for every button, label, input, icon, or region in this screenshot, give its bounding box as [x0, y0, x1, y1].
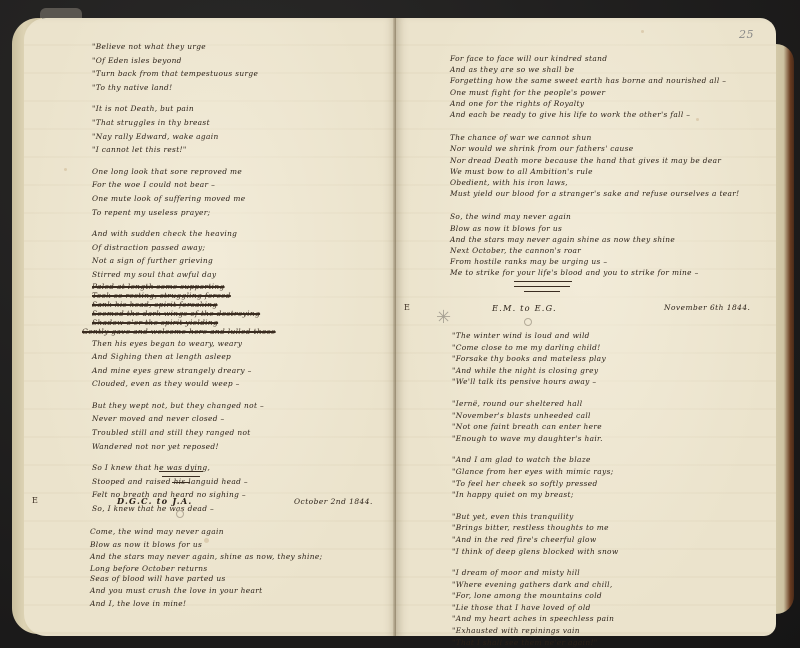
- right-page: 25 For face to face will our kindred sta…: [396, 18, 776, 636]
- verse-line: Blow as now it blows for us: [90, 539, 322, 552]
- margin-mark: E: [404, 303, 410, 312]
- page-number: 25: [739, 28, 754, 41]
- verse-line: One must fight for the people's power: [450, 87, 739, 98]
- verse-line: We must bow to all Ambition's rule: [450, 166, 739, 177]
- right-stanzas: For face to face will our kindred stand …: [450, 53, 739, 279]
- section-divider: [514, 286, 570, 287]
- verse-line: "To feel her cheek so softly pressed: [452, 478, 619, 490]
- verse-line: Must yield our blood for a stranger's sa…: [450, 188, 739, 199]
- verse-line: And I, the love in mine!: [90, 598, 322, 611]
- verse-line: Long before October returns: [90, 564, 322, 573]
- verse-line: "Enough to wave my daughter's hair.: [452, 433, 619, 445]
- verse-line: Seas of blood will have parted us: [90, 573, 322, 586]
- verse-line: The chance of war we cannot shun: [450, 132, 739, 143]
- margin-mark: E: [32, 496, 38, 505]
- verse-line: One mute look of suffering moved me: [92, 192, 276, 206]
- struck-verse-line: Seemed the dark wings of the destroying: [92, 309, 276, 318]
- bookmark-tab: [40, 8, 82, 18]
- verse-line: "And my heart aches in speechless pain: [452, 613, 619, 625]
- pencil-mark: [524, 318, 532, 326]
- verse-line: "And in the red fire's cheerful glow: [452, 534, 619, 546]
- poem-heading: E.M. to E.G.: [492, 303, 557, 313]
- verse-line: "Brings bitter, restless thoughts to me: [452, 522, 619, 534]
- verse-line: For face to face will our kindred stand: [450, 53, 739, 64]
- verse-line: Nor would we shrink from our fathers' ca…: [450, 143, 739, 154]
- verse-line: Forgetting how the same sweet earth has …: [450, 75, 739, 86]
- section-divider: [159, 471, 203, 472]
- left-page: "Believe not what they urge "Of Eden isl…: [24, 18, 396, 636]
- verse-line: "Exhausted with repinings vain: [452, 625, 619, 637]
- verse-line: Not a sign of further grieving: [92, 254, 276, 268]
- struck-verse-line: Shadow o'er the spirit yielding: [92, 318, 276, 327]
- verse-line: Nor dread Death more because the hand th…: [450, 155, 739, 166]
- verse-line: "Not one faint breath can enter here: [452, 421, 619, 433]
- verse-line: "Where evening gathers dark and chill,: [452, 579, 619, 591]
- poem-date: November 6th 1844.: [664, 303, 750, 312]
- verse-line: "That struggles in thy breast: [92, 116, 276, 130]
- verse-line: And the stars may never again, shine as …: [90, 551, 322, 564]
- verse-line: Obedient, with his iron laws,: [450, 177, 739, 188]
- verse-line: "I cannot let this rest!": [92, 143, 276, 157]
- verse-line: "I dream of moor and misty hill: [452, 567, 619, 579]
- verse-line: "For, lone among the mountains cold: [452, 590, 619, 602]
- verse-line: "Nay rally Edward, wake again: [92, 130, 276, 144]
- verse-line: So I knew that he was dying,: [92, 461, 276, 475]
- verse-line: Next October, the cannon's roar: [450, 245, 739, 256]
- verse-line: "And while the night is closing grey: [452, 365, 619, 377]
- verse-line: "Believe not what they urge: [92, 40, 276, 54]
- verse-line: Then his eyes began to weary, weary: [92, 337, 276, 351]
- verse-line: "Lie those that I have loved of old: [452, 602, 619, 614]
- struck-verse-line: Gently gave and welcome here and lulled …: [82, 327, 276, 337]
- verse-line: And Sighing then at length asleep: [92, 350, 276, 364]
- verse-line: And as they are so we shall be: [450, 64, 739, 75]
- verse-line: "But yet, even this tranquility: [452, 511, 619, 523]
- verse-line: "Turn back from that tempestuous surge: [92, 67, 276, 81]
- third-poem: "The winter wind is loud and wild "Come …: [452, 330, 619, 648]
- verse-line: Wandered not nor yet reposed!: [92, 440, 276, 454]
- verse-line: So, the wind may never again: [450, 211, 739, 222]
- verse-line: Never moved and never closed –: [92, 412, 276, 426]
- pencil-asterisk: ✳: [436, 309, 451, 327]
- second-poem: Come, the wind may never again Blow as n…: [90, 526, 322, 611]
- poem-date: October 2nd 1844.: [294, 497, 373, 506]
- verse-line: "That I shall see them ne'er again!": [452, 637, 619, 648]
- section-divider: [172, 482, 190, 483]
- verse-line: For the woe I could not bear –: [92, 178, 276, 192]
- section-divider: [514, 281, 572, 282]
- poem-heading: D.G.C. to J.A.: [117, 496, 192, 506]
- verse-line: "It is not Death, but pain: [92, 102, 276, 116]
- verse-line: "Of Eden isles beyond: [92, 54, 276, 68]
- verse-line: But they wept not, but they changed not …: [92, 399, 276, 413]
- foxing-spot: [64, 168, 67, 171]
- struck-verse-line: Paled at length some supporting: [92, 282, 276, 291]
- verse-line: And one for the rights of Royalty: [450, 98, 739, 109]
- foxing-spot: [641, 30, 644, 33]
- verse-line: Troubled still and still they ranged not: [92, 426, 276, 440]
- verse-line: "Glance from her eyes with mimic rays;: [452, 466, 619, 478]
- verse-line: One long look that sore reproved me: [92, 165, 276, 179]
- struck-verse-line: Took so resting, struggling forced: [92, 291, 276, 300]
- struck-verse-line: Sank his head, spirit forsaking: [92, 300, 276, 309]
- verse-line: And with sudden check the heaving: [92, 227, 276, 241]
- verse-line: Me to strike for your life's blood and y…: [450, 267, 739, 278]
- verse-line: "I think of deep glens blocked with snow: [452, 546, 619, 558]
- verse-line: And the stars may never again shine as n…: [450, 234, 739, 245]
- stanza-1: "Believe not what they urge "Of Eden isl…: [92, 40, 276, 516]
- section-divider: [524, 291, 560, 292]
- verse-line: "To thy native land!: [92, 81, 276, 95]
- verse-line: Stirred my soul that awful day: [92, 268, 276, 282]
- open-notebook: "Believe not what they urge "Of Eden isl…: [10, 8, 794, 642]
- verse-line: "The winter wind is loud and wild: [452, 330, 619, 342]
- verse-line: To repent my useless prayer;: [92, 206, 276, 220]
- verse-line: And you must crush the love in your hear…: [90, 585, 322, 598]
- verse-line: Blow as now it blows for us: [450, 223, 739, 234]
- pencil-mark: [176, 510, 184, 518]
- verse-line: "We'll talk its pensive hours away –: [452, 376, 619, 388]
- verse-line: And each be ready to give his life to wo…: [450, 109, 739, 120]
- section-divider: [162, 476, 200, 477]
- verse-line: Come, the wind may never again: [90, 526, 322, 539]
- verse-line: "And I am glad to watch the blaze: [452, 454, 619, 466]
- verse-line: Of distraction passed away;: [92, 241, 276, 255]
- verse-line: "Forsake thy books and mateless play: [452, 353, 619, 365]
- verse-line: "Come close to me my darling child!: [452, 342, 619, 354]
- verse-line: And mine eyes grew strangely dreary –: [92, 364, 276, 378]
- verse-line: "In happy quiet on my breast;: [452, 489, 619, 501]
- verse-line: "November's blasts unheeded call: [452, 410, 619, 422]
- verse-line: Clouded, even as they would weep –: [92, 377, 276, 391]
- verse-line: "Iernë, round our sheltered hall: [452, 398, 619, 410]
- verse-line: From hostile ranks may be urging us –: [450, 256, 739, 267]
